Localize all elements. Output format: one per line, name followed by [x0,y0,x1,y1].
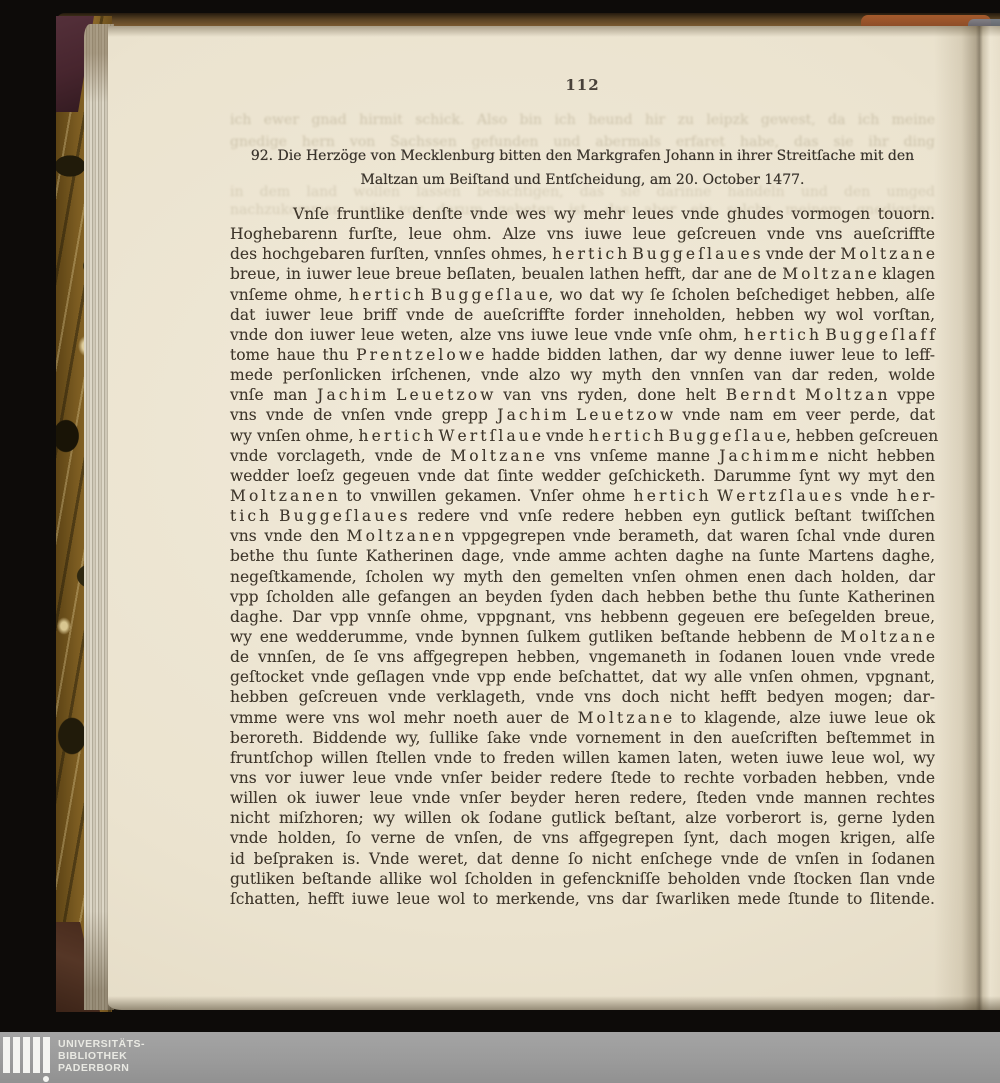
bleedthrough-line: ich ewer gnad hirmit schick. Also bin ic… [230,112,935,128]
text-line: vmme were vns wol mehr noeth auer de M o… [230,708,935,728]
library-name-line-2: BIBLIOTHEK [58,1050,145,1062]
text-line: vns vnde de vnſen vnde grepp J a c h i m… [230,405,935,425]
text-line: vnſe man J a c h i m L e u e t z o w van… [230,385,935,405]
text-line: t i c h B u g g e ſ l a u e s redere vnd… [230,506,935,526]
heading-line-1: 92. Die Herzöge von Mecklenburg bitten d… [230,144,935,168]
library-watermark-band: UNIVERSITÄTS- BIBLIOTHEK PADERBORN [0,1032,1000,1083]
text-line: vpp ſcholden alle gefangen an beyden ſyd… [230,587,935,607]
page-gutter-shadow [934,26,1000,1010]
library-name-line-3: PADERBORN [58,1062,145,1074]
text-line: beroreth. Biddende wy, ſullike ſake vnde… [230,728,935,748]
text-line: daghe. Dar vpp vnnſe ohme, vppgnant, vns… [230,607,935,627]
text-line: geſtocket vnde geſlagen vnde vpp ende be… [230,667,935,687]
scanned-book-photo: ich ewer gnad hirmit schick. Also bin ic… [0,0,1000,1083]
document-body: Vnſe fruntlike denſte vnde wes wy mehr l… [230,204,935,909]
text-line: bethe thu ſunte Katherinen dage, vnde am… [230,546,935,566]
text-line: negeſtkamende, ſcholen wy myth den gemel… [230,567,935,587]
text-line: fruntſchop willen ſtellen vnde to freden… [230,748,935,768]
heading-line-2: Maltzan um Beiſtand und Entſcheidung, am… [230,168,935,192]
text-line: id beſpraken is. Vnde weret, dat denne ſ… [230,849,935,869]
text-line: vnde holden, ſo verne de vnſen, de vns a… [230,828,935,848]
text-line: wy ene wedderumme, vnde bynnen ſulkem gu… [230,627,935,647]
text-line: breue, in iuwer leue breue beſlaten, beu… [230,264,935,284]
text-line: gutliken beſtande allike wol ſcholden in… [230,869,935,889]
text-line: des hochgebaren furſten, vnnſes ohmes, h… [230,244,935,264]
text-line: dat iuwer leue briff vnde de aueſcriffte… [230,305,935,325]
text-line: Hoghebarenn furſte, leue ohm. Alze vns i… [230,224,935,244]
library-name-line-1: UNIVERSITÄTS- [58,1038,145,1050]
text-line: vnde vorclageth, vnde de M o l t z a n e… [230,446,935,466]
book-page: ich ewer gnad hirmit schick. Also bin ic… [108,26,1000,1010]
text-line: vnſeme ohme, h e r t i c h B u g g e ſ l… [230,285,935,305]
text-line: wedder loeſz gegeuen vnde dat ſinte wedd… [230,466,935,486]
text-line: willen ok iuwer leue vnde vnſer beyder h… [230,788,935,808]
text-line: de vnnſen, de ſe vns affgegrepen hebben,… [230,647,935,667]
text-line: nicht miſzhoren; wy willen ok ſodane gut… [230,808,935,828]
library-name: UNIVERSITÄTS- BIBLIOTHEK PADERBORN [58,1038,145,1075]
text-line: vns vnde den M o l t z a n e n vppgegrep… [230,526,935,546]
text-line: vns vor iuwer leue vnde vnſer beider red… [230,768,935,788]
text-line: Vnſe fruntlike denſte vnde wes wy mehr l… [230,204,935,224]
document-heading: 92. Die Herzöge von Mecklenburg bitten d… [230,144,935,192]
library-logo-icon [3,1037,53,1081]
text-line: mede perſonlicken irſchenen, vnde alzo w… [230,365,935,385]
text-line: wy vnſen ohme, h e r t i c h W e r t ſ l… [230,426,935,446]
page-number: 112 [230,76,935,94]
text-line: tome haue thu P r e n t z e l o w e hadd… [230,345,935,365]
text-line: vnde don iuwer leue weten, alze vns iuwe… [230,325,935,345]
text-line: ſchatten, hefft iuwe leue wol to merkend… [230,889,935,909]
text-line: M o l t z a n e n to vnwillen gekamen. V… [230,486,935,506]
text-line: hebben geſcreuen vnde verklageth, vnde v… [230,687,935,707]
